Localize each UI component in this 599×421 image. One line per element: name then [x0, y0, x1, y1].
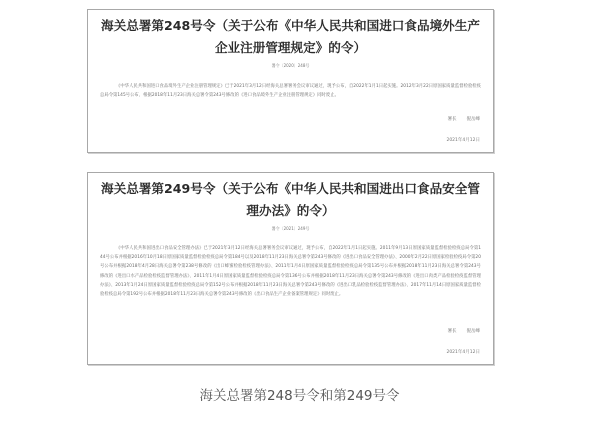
decree-249-number: 署令〔2021〕249号: [88, 226, 493, 232]
decree-249-body: 《中华人民共和国进出口食品安全管理办法》已于2021年3月12日经海关总署署务会…: [100, 244, 481, 299]
signer-name: 倪岳峰: [467, 117, 481, 122]
decree-249-title: 海关总署第249号令（关于公布《中华人民共和国进出口食品安全管理办法》的令）: [96, 178, 485, 222]
decree-248-body: 《中华人民共和国进口食品境外生产企业注册管理规定》已于2021年3月12日经海关…: [100, 82, 481, 100]
decree-248-signature: 署长倪岳峰: [448, 116, 481, 122]
decree-248-document: 海关总署第248号令（关于公布《中华人民共和国进口食品境外生产企业注册管理规定》…: [87, 9, 494, 153]
image-caption: 海关总署第248号令和第249号令: [0, 384, 599, 404]
decree-249-signature: 署长倪岳峰: [448, 328, 481, 334]
decree-249-date: 2021年4月12日: [446, 349, 480, 355]
signer-name: 倪岳峰: [467, 329, 481, 334]
signer-role: 署长: [448, 329, 457, 334]
decree-249-document: 海关总署第249号令（关于公布《中华人民共和国进出口食品安全管理办法》的令） 署…: [87, 172, 494, 365]
decree-248-date: 2021年4月12日: [446, 137, 480, 143]
decree-248-title: 海关总署第248号令（关于公布《中华人民共和国进口食品境外生产企业注册管理规定》…: [96, 15, 485, 59]
decree-248-number: 署令〔2020〕248号: [88, 63, 493, 69]
signer-role: 署长: [448, 117, 457, 122]
